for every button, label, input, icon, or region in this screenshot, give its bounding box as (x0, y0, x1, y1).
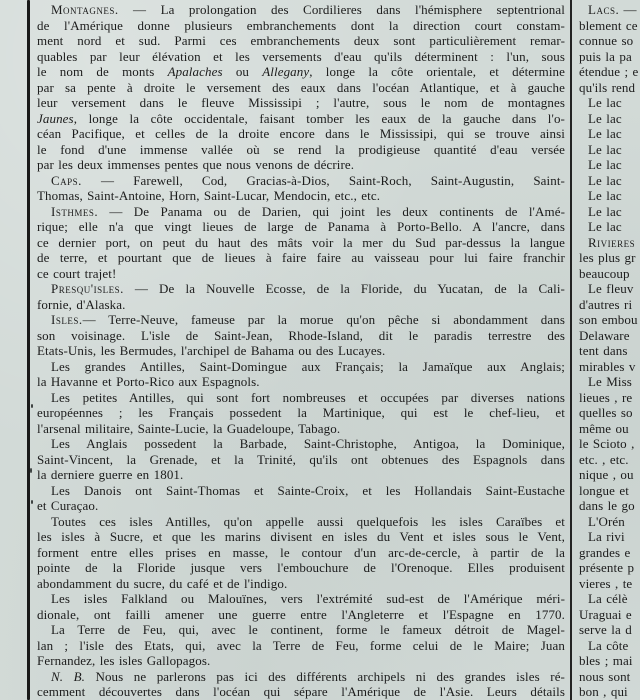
italic-text: Jaunes (37, 111, 74, 126)
body-text: la derniere guerre en 1801. (37, 467, 183, 482)
body-text: dionale, ont failli amener une guerre en… (37, 607, 565, 622)
text-line: Les isles Falkland ou Malouïnes, vers l'… (37, 591, 565, 607)
text-line: La Terre de Feu, qui, avec le continent,… (37, 622, 565, 638)
body-text: de l'Amérique donne plusieurs embranchem… (37, 18, 565, 33)
text-line: Les petites Antilles, qui sont fort nomb… (37, 390, 565, 406)
text-line: Isthmes. — De Panama ou de Darien, qui j… (37, 204, 565, 220)
body-text: nique , ou (579, 467, 634, 482)
text-line: le nom de monts Apalaches ou Allegany, l… (37, 64, 565, 80)
text-line: par sa pente à droite le versement des e… (37, 80, 565, 96)
text-line: connue so (579, 33, 640, 49)
body-text: Le lac (588, 95, 622, 110)
body-text: nous sont (579, 669, 630, 684)
text-line: Le lac (579, 204, 640, 220)
text-line: Le lac (579, 219, 640, 235)
text-line: Lacs. — Proba- (579, 2, 640, 18)
text-line: son voisinage. L'isle de Saint-Jean, Rho… (37, 328, 565, 344)
text-line: Le lac (579, 173, 640, 189)
italic-text: Allegany (262, 64, 309, 79)
body-text: quables par leur élévation et les versem… (37, 49, 565, 64)
text-line: qu'ils rend (579, 80, 640, 96)
body-text: bles ; mai (579, 653, 633, 668)
body-text: ce dernier port, on peut du haut des mât… (37, 235, 565, 250)
body-text: ou (223, 64, 263, 79)
text-line: longue et (579, 483, 640, 499)
text-line: L'Orén (579, 514, 640, 530)
body-text: Le lac (588, 219, 622, 234)
body-text: Saint-Vincent, la Grenade, et la Trinité… (37, 452, 565, 467)
body-text: bon , qui (579, 684, 628, 699)
body-text: Le lac (588, 126, 622, 141)
body-text: d'autres ri (579, 297, 632, 312)
text-line: bles ; mai (579, 653, 640, 669)
section-header: Presqu'isles. (51, 281, 124, 296)
text-line: dionale, ont failli amener une guerre en… (37, 607, 565, 623)
body-text: lieues , re (579, 390, 632, 405)
body-text: Le lac (588, 111, 622, 126)
ink-speck (31, 500, 33, 504)
body-text: Etats-Unis, les Bermudes, l'archipel de … (37, 343, 385, 358)
body-text: européennes ; les Français possedent la … (37, 405, 565, 420)
italic-text: N. B. (51, 669, 85, 684)
text-line: Jaunes, longe la côte occidentale, faisa… (37, 111, 565, 127)
body-text: Le lac (588, 204, 622, 219)
body-text: — Farewell, Cod, Gracias-à-Dios, Saint-R… (82, 173, 565, 188)
text-line: Delaware (579, 328, 640, 344)
body-text: mirables v (579, 359, 636, 374)
text-line: Le lac (579, 142, 640, 158)
body-text: Fernandez, les isles Gallopagos. (37, 653, 210, 668)
text-line: Montagnes. — La prolongation des Cordili… (37, 2, 565, 18)
section-header: Isles. (51, 312, 83, 327)
text-line: Les grandes Antilles, Saint-Domingue aux… (37, 359, 565, 375)
binding-rule (27, 0, 30, 700)
text-line: etc. , etc. (579, 452, 640, 468)
body-text: ment nord et sud. Parmi ces embranchemen… (37, 33, 565, 48)
text-line: tent dans (579, 343, 640, 359)
text-line: lan ; l'isle des Etats, qui, avec la Ter… (37, 638, 565, 654)
body-text: Le lac (588, 142, 622, 157)
text-line: européennes ; les Français possedent la … (37, 405, 565, 421)
section-header: Rivieres (588, 235, 635, 250)
body-text: Les isles Falkland ou Malouïnes, vers l'… (51, 591, 565, 606)
text-line: La rivi (579, 529, 640, 545)
body-text: — De la Nouvelle Ecosse, de la Floride, … (124, 281, 565, 296)
text-line: vieres , te (579, 576, 640, 592)
text-line: Le fleuv (579, 281, 640, 297)
text-line: les isles à Sucre, et que les marins div… (37, 529, 565, 545)
text-line: Uraguai e (579, 607, 640, 623)
text-line: Les Anglais possedent la Barbade, Saint-… (37, 436, 565, 452)
text-line: N. B. Nous ne parlerons pas ici des diff… (37, 669, 565, 685)
text-line: Le lac (579, 188, 640, 204)
text-line: la Havanne et Porto-Rico aux Espagnols. (37, 374, 565, 390)
body-text: — Proba- (619, 2, 640, 17)
body-text: céan Pacifique, et celles de la droite e… (37, 126, 565, 141)
text-line: blement ce (579, 18, 640, 34)
body-text: puis la pa (579, 49, 632, 64)
body-text: etc. , etc. (579, 452, 629, 467)
body-text: La rivi (588, 529, 625, 544)
body-text: Le lac (588, 188, 622, 203)
text-line: serve la d (579, 622, 640, 638)
ink-speck (31, 404, 33, 408)
body-text: par sa pente à droite le versement des e… (37, 80, 565, 95)
text-line: puis la pa (579, 49, 640, 65)
body-text: La célè (588, 591, 628, 606)
body-text: et Curaçao. (37, 498, 98, 513)
body-text: blement ce (579, 18, 638, 33)
main-text-column: Montagnes. — La prolongation des Cordili… (37, 2, 565, 700)
text-line: Fernandez, les isles Gallopagos. (37, 653, 565, 669)
text-line: nique , ou (579, 467, 640, 483)
body-text: pointe de la Floride jusque vers l'embou… (37, 560, 565, 575)
text-line: par les deux immenses pentes que nous ve… (37, 157, 565, 173)
body-text: présente p (579, 560, 634, 575)
body-text: cemment découvertes dans l'océan qui sép… (37, 684, 565, 699)
text-line: de terre, et pourtant que de lieues à fa… (37, 250, 565, 266)
body-text: Toutes ces isles Antilles, qu'on appelle… (51, 514, 565, 529)
body-text: leur versement dans le fleuve Mississipi… (37, 95, 565, 110)
text-line: pointe de la Floride jusque vers l'embou… (37, 560, 565, 576)
text-line: La célè (579, 591, 640, 607)
text-line: Les Danois ont Saint-Thomas et Sainte-Cr… (37, 483, 565, 499)
body-text: les isles à Sucre, et que les marins div… (37, 529, 565, 544)
scanned-book-page: Montagnes. — La prolongation des Cordili… (0, 0, 640, 700)
text-line: Thomas, Saint-Antoine, Horn, Saint-Lucar… (37, 188, 565, 204)
text-line: Presqu'isles. — De la Nouvelle Ecosse, d… (37, 281, 565, 297)
section-header: Lacs. (588, 2, 619, 17)
text-line: le Scioto , (579, 436, 640, 452)
body-text: Les petites Antilles, qui sont fort nomb… (51, 390, 565, 405)
text-line: dans le go (579, 498, 640, 514)
body-text: La Terre de Feu, qui, avec le continent,… (51, 622, 565, 637)
body-text: ce court trajet! (37, 266, 116, 281)
body-text: longue et (579, 483, 629, 498)
text-line: présente p (579, 560, 640, 576)
body-text: lan ; l'isle des Etats, qui, avec la Ter… (37, 638, 565, 653)
text-line: ce dernier port, on peut du haut des mât… (37, 235, 565, 251)
body-text: La côte (588, 638, 628, 653)
text-line: Toutes ces isles Antilles, qu'on appelle… (37, 514, 565, 530)
body-text: forment entre elles prises en masse, le … (37, 545, 565, 560)
text-line: Le lac (579, 95, 640, 111)
body-text: le fond d'une immense vallée où se rend … (37, 142, 565, 157)
body-text: beaucoup (579, 266, 630, 281)
text-line: grandes e (579, 545, 640, 561)
text-line: d'autres ri (579, 297, 640, 313)
text-line: leur versement dans le fleuve Mississipi… (37, 95, 565, 111)
text-line: forment entre elles prises en masse, le … (37, 545, 565, 561)
text-line: Isles.— Terre-Neuve, fameuse par la moru… (37, 312, 565, 328)
text-line: les plus gr (579, 250, 640, 266)
text-line: nous sont (579, 669, 640, 685)
text-line: beaucoup (579, 266, 640, 282)
section-header: Caps. (51, 173, 82, 188)
body-text: même ou (579, 421, 629, 436)
body-text: — Terre-Neuve, fameuse par la morue qu'o… (83, 312, 565, 327)
body-text: par les deux immenses pentes que nous ve… (37, 157, 354, 172)
body-text: Thomas, Saint-Antoine, Horn, Saint-Lucar… (37, 188, 380, 203)
text-line: rique; elle n'a que vingt lieues de larg… (37, 219, 565, 235)
italic-text: Apalaches (168, 64, 223, 79)
text-line: cemment découvertes dans l'océan qui sép… (37, 684, 565, 700)
text-line: quelles so (579, 405, 640, 421)
text-line: Rivieres (579, 235, 640, 251)
text-line: bon , qui (579, 684, 640, 700)
text-line: Saint-Vincent, la Grenade, et la Trinité… (37, 452, 565, 468)
body-text: étendue ; e (579, 64, 638, 79)
body-text: son embou (579, 312, 638, 327)
body-text: de terre, et pourtant que de lieues à fa… (37, 250, 565, 265)
text-line: Le Miss (579, 374, 640, 390)
clipped-right-column: Lacs. — Proba-blement ceconnue sopuis la… (579, 2, 640, 700)
body-text: Les Anglais possedent la Barbade, Saint-… (51, 436, 565, 451)
text-line: son embou (579, 312, 640, 328)
text-line: Le lac (579, 126, 640, 142)
body-text: fornie, d'Alaska. (37, 297, 125, 312)
text-line: lieues , re (579, 390, 640, 406)
body-text: le Scioto , (579, 436, 634, 451)
text-line: La côte (579, 638, 640, 654)
body-text: Le lac (588, 157, 622, 172)
body-text: L'Orén (588, 514, 625, 529)
body-text: Uraguai e (579, 607, 632, 622)
body-text: , longe la côte orientale, et détermine (309, 64, 565, 79)
body-text: Le Miss (588, 374, 632, 389)
body-text: , longe la côte occidentale, faisant tom… (74, 111, 565, 126)
body-text: — De Panama ou de Darien, qui joint les … (98, 204, 565, 219)
text-line: céan Pacifique, et celles de la droite e… (37, 126, 565, 142)
body-text: Le fleuv (588, 281, 633, 296)
text-line: mirables v (579, 359, 640, 375)
text-line: ment nord et sud. Parmi ces embranchemen… (37, 33, 565, 49)
text-line: même ou (579, 421, 640, 437)
text-line: fornie, d'Alaska. (37, 297, 565, 313)
section-header: Montagnes. (51, 2, 119, 17)
body-text: Le lac (588, 173, 622, 188)
ink-speck (30, 468, 32, 473)
body-text: — La prolongation des Cordilieres dans l… (119, 2, 565, 17)
text-line: de l'Amérique donne plusieurs embranchem… (37, 18, 565, 34)
body-text: grandes e (579, 545, 630, 560)
text-line: l'arsenal militaire, Sainte-Lucie, la Gu… (37, 421, 565, 437)
text-line: abondamment du sucre, du café et de l'in… (37, 576, 565, 592)
text-line: étendue ; e (579, 64, 640, 80)
body-text: quelles so (579, 405, 633, 420)
section-header: Isthmes. (51, 204, 98, 219)
text-line: Caps. — Farewell, Cod, Gracias-à-Dios, S… (37, 173, 565, 189)
text-line: et Curaçao. (37, 498, 565, 514)
body-text: connue so (579, 33, 633, 48)
body-text: l'arsenal militaire, Sainte-Lucie, la Gu… (37, 421, 340, 436)
body-text: abondamment du sucre, du café et de l'in… (37, 576, 287, 591)
body-text: serve la d (579, 622, 632, 637)
body-text: qu'ils rend (579, 80, 635, 95)
body-text: son voisinage. L'isle de Saint-Jean, Rho… (37, 328, 565, 343)
body-text: dans le go (579, 498, 635, 513)
body-text: Delaware (579, 328, 630, 343)
body-text: la Havanne et Porto-Rico aux Espagnols. (37, 374, 260, 389)
body-text: Les Danois ont Saint-Thomas et Sainte-Cr… (51, 483, 565, 498)
text-line: la derniere guerre en 1801. (37, 467, 565, 483)
body-text: le nom de monts (37, 64, 168, 79)
body-text: les plus gr (579, 250, 636, 265)
body-text: rique; elle n'a que vingt lieues de larg… (37, 219, 565, 234)
text-line: le fond d'une immense vallée où se rend … (37, 142, 565, 158)
body-text: vieres , te (579, 576, 632, 591)
column-divider-rule (570, 0, 572, 700)
body-text: Nous ne parlerons pas ici des différents… (85, 669, 565, 684)
body-text: tent dans (579, 343, 627, 358)
body-text: Les grandes Antilles, Saint-Domingue aux… (51, 359, 565, 374)
text-line: Etats-Unis, les Bermudes, l'archipel de … (37, 343, 565, 359)
text-line: Le lac (579, 111, 640, 127)
text-line: quables par leur élévation et les versem… (37, 49, 565, 65)
text-line: Le lac (579, 157, 640, 173)
text-line: ce court trajet! (37, 266, 565, 282)
